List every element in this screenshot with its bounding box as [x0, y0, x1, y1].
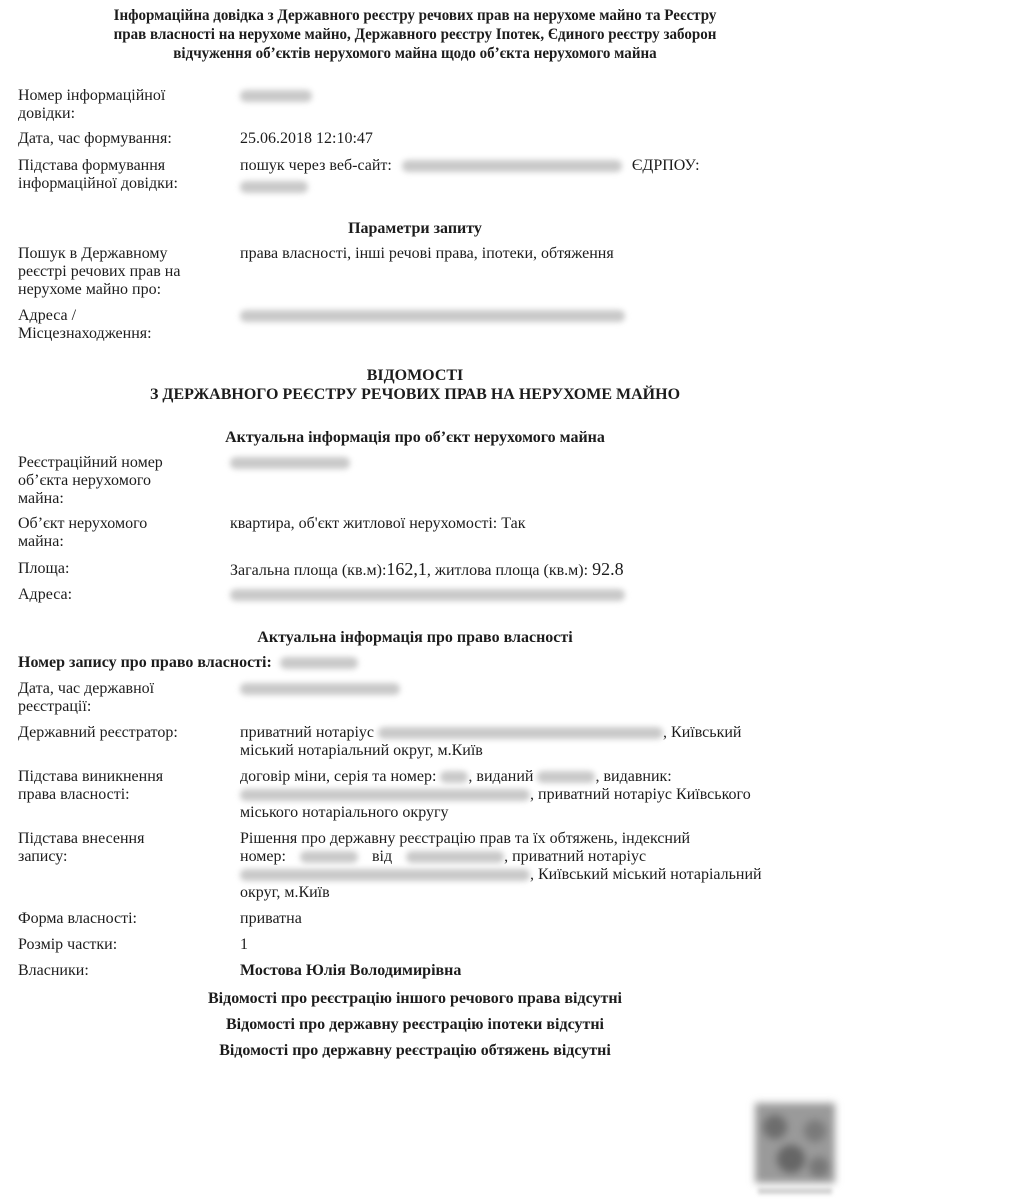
field-value: квартира, об'єкт житлової нерухомості: Т…: [230, 515, 800, 533]
field-value-redacted: [240, 87, 810, 105]
title-line-1: Інформаційна довідка з Державного реєстр…: [32, 6, 798, 25]
field-value: приватна: [240, 910, 810, 928]
field-value: Загальна площа (кв.м):162,1, житлова пло…: [230, 560, 800, 580]
field-value: права власності, інші речові права, іпот…: [240, 245, 810, 263]
redacted-site: [402, 160, 622, 172]
field-label: Державний реєстратор:: [18, 724, 228, 742]
field-label: Адреса:: [18, 586, 228, 604]
field-value: приватний нотаріус , Київський міський н…: [240, 724, 810, 760]
field-label: Дата, час державної реєстрації:: [18, 680, 198, 716]
registry-heading: ВІДОМОСТІ З ДЕРЖАВНОГО РЕЄСТРУ РЕЧОВИХ П…: [20, 366, 810, 404]
field-label: Розмір частки:: [18, 936, 228, 954]
field-label: Об’єкт нерухомого майна:: [18, 515, 178, 551]
field-record-number: Номер запису про право власності:: [18, 654, 818, 672]
section-heading-object: Актуальна інформація про об’єкт нерухомо…: [20, 428, 810, 447]
field-value-redacted: [280, 657, 358, 669]
title-line-3: відчуження об’єктів нерухомого майна щод…: [32, 44, 798, 63]
field-value-redacted: [230, 586, 800, 604]
field-value: договір міни, серія та номер: , виданий …: [240, 768, 810, 822]
field-label: Пошук в Державному реєстрі речових прав …: [18, 245, 208, 299]
note-mortgage-absent: Відомості про державну реєстрацію іпотек…: [20, 1015, 810, 1034]
field-label: Номер інформаційної довідки:: [18, 87, 208, 123]
qr-code-icon: [755, 1103, 835, 1183]
field-value: 25.06.2018 12:10:47: [240, 130, 810, 148]
field-value-redacted: [230, 454, 800, 472]
field-value-redacted: [240, 307, 810, 325]
field-label: Підстава виникнення права власності:: [18, 768, 198, 804]
field-label: Реєстраційний номер об’єкта нерухомого м…: [18, 454, 198, 508]
field-label: Підстава внесення запису:: [18, 830, 178, 866]
field-value-redacted: [240, 680, 810, 698]
owner-name: Мостова Юлія Володимирівна: [240, 962, 810, 980]
total-area: 162,1: [386, 559, 427, 579]
field-label: Дата, час формування:: [18, 130, 228, 148]
redacted-edrpou: [240, 181, 308, 193]
living-area: 92.8: [592, 559, 624, 579]
field-value: Рішення про державну реєстрацію прав та …: [240, 830, 810, 902]
field-label: Адреса / Місцезнаходження:: [18, 307, 178, 343]
section-heading-query: Параметри запиту: [20, 219, 810, 238]
field-label: Власники:: [18, 962, 228, 980]
field-value: 1: [240, 936, 810, 954]
qr-caption-redacted: [758, 1188, 832, 1194]
field-value: пошук через веб-сайт: ЄДРПОУ:: [240, 157, 810, 193]
document-title: Інформаційна довідка з Державного реєстр…: [32, 6, 798, 63]
field-label: Номер запису про право власності:: [18, 654, 272, 671]
field-label: Площа:: [18, 560, 228, 578]
title-line-2: прав власності на нерухоме майно, Держав…: [32, 25, 798, 44]
field-label: Форма власності:: [18, 910, 228, 928]
note-encumbrances-absent: Відомості про державну реєстрацію обтяже…: [20, 1041, 810, 1060]
field-label: Підстава формування інформаційної довідк…: [18, 157, 218, 193]
section-heading-ownership: Актуальна інформація про право власності: [20, 628, 810, 647]
note-other-rights-absent: Відомості про реєстрацію іншого речового…: [20, 989, 810, 1008]
